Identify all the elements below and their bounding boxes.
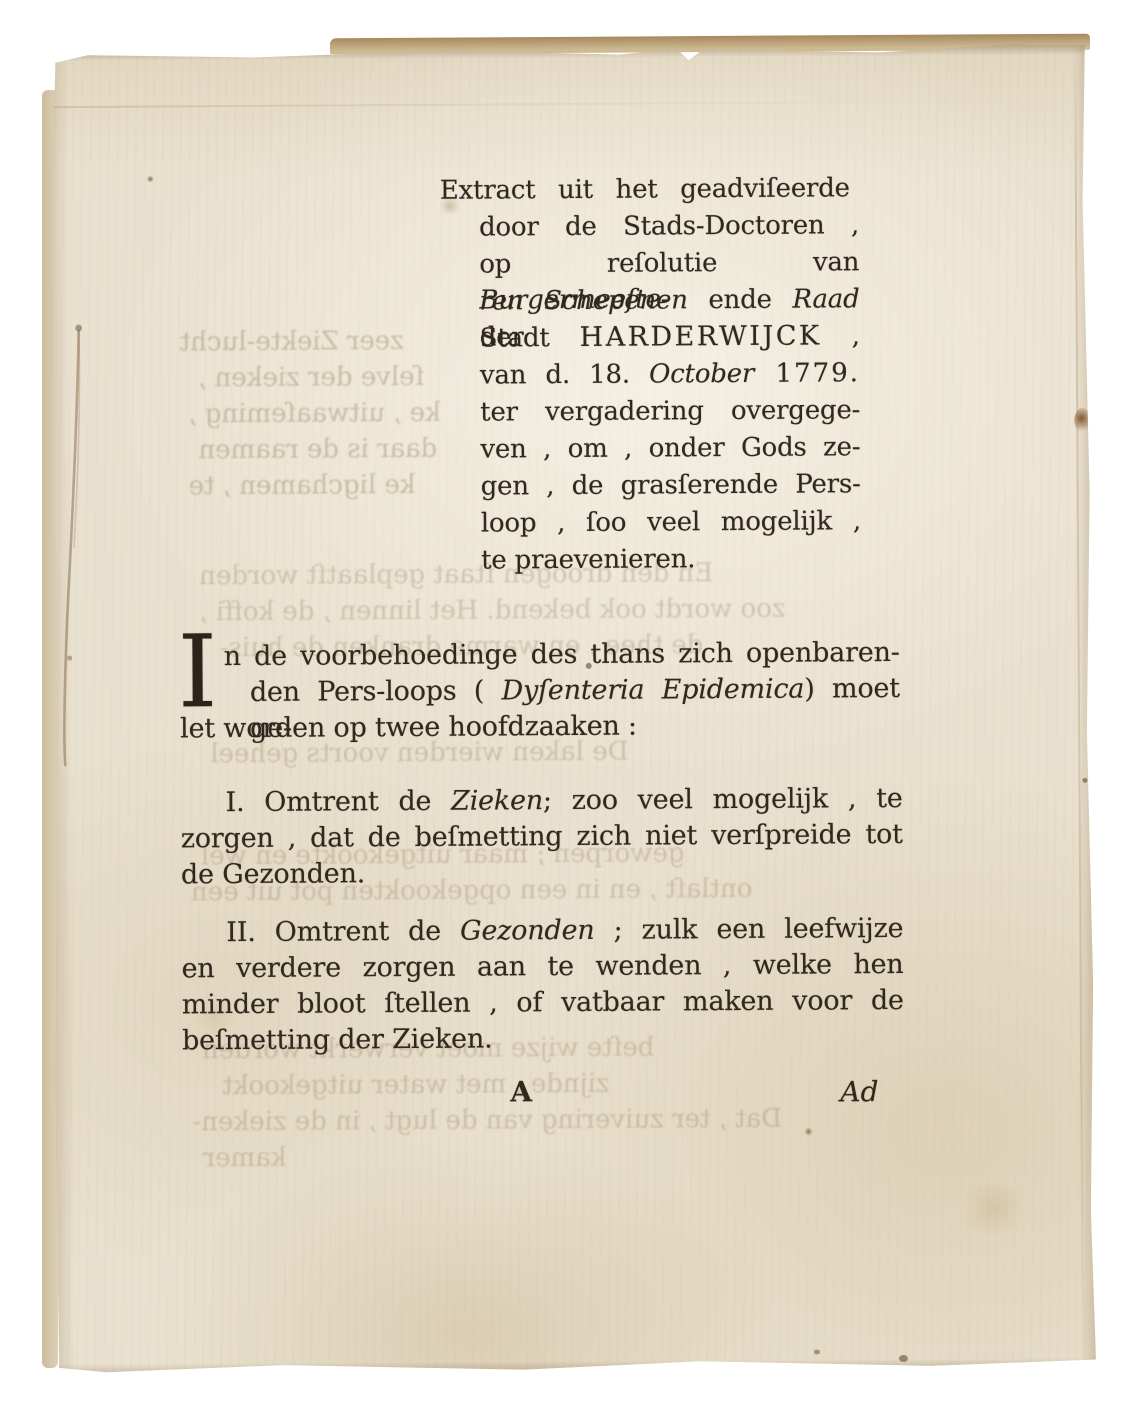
body-line: n de voorbehoedinge des thans zich openb… xyxy=(224,635,900,675)
heading-text: ven , om , onder Gods ze- xyxy=(480,432,860,464)
stain-spot xyxy=(899,1355,908,1362)
showthrough-line: ke , uitwaaſeming , xyxy=(188,396,441,432)
stain-spot xyxy=(814,1349,820,1354)
body-line: let worden op twee hoofdzaaken : xyxy=(180,707,902,747)
heading-text: te praevenieren. xyxy=(481,544,695,575)
heading-text: van d. 18. xyxy=(480,360,649,391)
heading-line: Extract uit het geadviſeerde xyxy=(440,170,850,209)
showthrough-line: zoo wordt ook bekend. Het linnen , de ko… xyxy=(199,592,785,630)
showthrough-line: kamer xyxy=(203,1141,287,1176)
body-text: let worden op twee hoofdzaaken : xyxy=(180,711,637,745)
heading-text: op reſolutie van xyxy=(479,247,859,279)
heading-line: ven , om , onder Gods ze- xyxy=(480,429,860,467)
showthrough-line: zijnde , met water uitgekookt xyxy=(222,1067,610,1103)
heading-line: door de Stads-Doctoren , xyxy=(479,207,859,245)
body-text-italic: Dyſenteria Epidemica xyxy=(501,674,804,707)
body-text: I. Omtrent de xyxy=(225,786,451,818)
heading-line: loop , ſoo veel mogelijk , xyxy=(481,503,861,541)
showthrough-line: ſelve der zieken , xyxy=(198,360,424,395)
heading-line: ter vergadering overgege- xyxy=(480,392,860,430)
showthrough-line: ke ligchamen , te xyxy=(189,468,416,503)
body-text: zorgen , dat de beſmetting zich niet ver… xyxy=(181,819,903,854)
dropcap-initial: I xyxy=(178,632,218,712)
body-text: n de voorbehoedinge des thans zich openb… xyxy=(224,637,900,672)
heading-text-italic: October xyxy=(649,359,754,390)
heading-text: Extract uit het geadviſeerde xyxy=(440,173,850,206)
right-edge-crease xyxy=(1074,42,1084,1369)
top-edge-crease xyxy=(46,100,1089,108)
body-line: en verdere zorgen aan te wenden , welke … xyxy=(181,947,903,987)
body-text: den Pers-loops ( xyxy=(250,675,502,708)
heading-line: van d. 18. October 1779. xyxy=(480,355,860,393)
heading-line: Stadt HARDERWIJCK , xyxy=(480,318,860,356)
body-line: II. Omtrent de Gezonden ; zulk een leefw… xyxy=(226,911,903,951)
signature-mark: A xyxy=(510,1075,532,1108)
photo-background: zeer Ziekte-lucht ſelve der zieken , ke … xyxy=(0,0,1138,1417)
heading-text-italic: ren Schepenen xyxy=(479,285,687,316)
stain-spot xyxy=(1082,778,1087,783)
city-name: HARDERWIJCK xyxy=(580,320,822,352)
heading-text: ter vergadering overgege- xyxy=(480,395,860,427)
catchword: Ad xyxy=(840,1075,878,1108)
body-text: beſmetting der Zieken. xyxy=(182,1023,493,1056)
body-text: de Gezonden. xyxy=(181,858,365,890)
body-text-italic: Gezonden xyxy=(460,915,595,947)
body-text: ; zoo veel mogelijk , te xyxy=(543,783,903,816)
date-year: 1779. xyxy=(754,358,860,389)
body-text-italic: Zieken xyxy=(451,785,543,817)
heading-text: Stadt xyxy=(480,323,580,354)
stain-spot xyxy=(805,1128,813,1136)
body-line: zorgen , dat de beſmetting zich niet ver… xyxy=(181,817,903,857)
body-text: minder bloot ſtellen , of vatbaar maken … xyxy=(182,985,904,1020)
body-line: I. Omtrent de Zieken; zoo veel mogelijk … xyxy=(225,781,902,821)
stain-spot xyxy=(147,176,154,183)
heading-text: loop , ſoo veel mogelijk , xyxy=(481,506,861,538)
showthrough-line: zeer Ziekte-lucht xyxy=(180,324,404,359)
heading-text: ende xyxy=(688,285,793,316)
showthrough-line: daar is de raamen xyxy=(198,432,437,467)
heading-text-italic: Raad xyxy=(792,284,859,314)
body-line: beſmetting der Zieken. xyxy=(182,1019,904,1059)
heading-text: door de Stads-Doctoren , xyxy=(479,210,859,242)
body-text: II. Omtrent de xyxy=(226,916,460,948)
pamphlet-page: zeer Ziekte-lucht ſelve der zieken , ke … xyxy=(46,42,1097,1375)
binding-thread xyxy=(46,48,111,808)
heading-line: te praevenieren. xyxy=(481,540,861,578)
showthrough-line: Dat , ter zuivering van de lugt , in de … xyxy=(192,1102,782,1140)
body-text: en verdere zorgen aan te wenden , welke … xyxy=(181,949,903,984)
heading-text: , xyxy=(822,321,860,351)
body-line: minder bloot ſtellen , of vatbaar maken … xyxy=(182,983,904,1023)
heading-text: gen , de grasſerende Pers- xyxy=(481,469,861,501)
body-line: de Gezonden. xyxy=(181,853,903,893)
body-text: ; zulk een leefwijze xyxy=(594,913,903,946)
heading-line: gen , de grasſerende Pers- xyxy=(481,466,861,504)
stain-spot xyxy=(958,1182,1028,1234)
